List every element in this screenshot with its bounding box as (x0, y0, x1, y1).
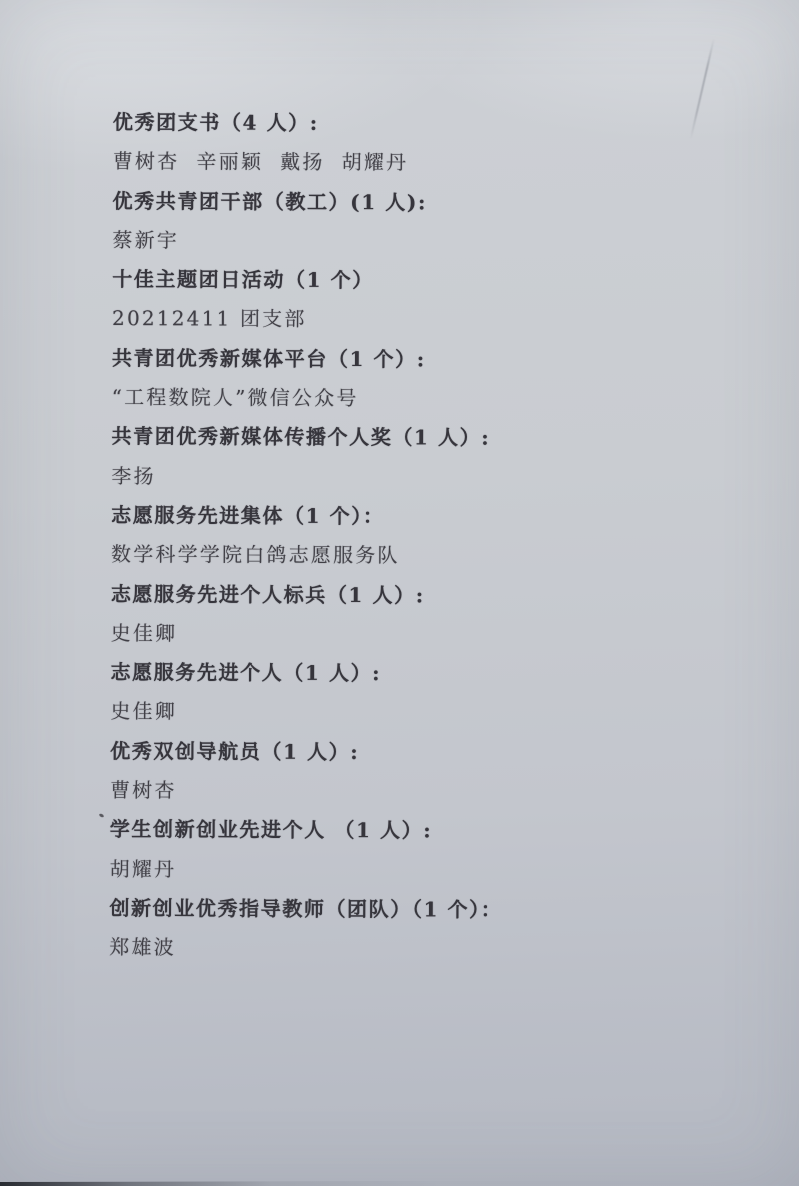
award-category-line: 优秀双创导航员（1 人）: (110, 732, 503, 773)
recipient-names-line: 数学科学学院白鸽志愿服务队 (111, 535, 504, 576)
award-category-line: 创新创业优秀指导教师（团队）（1 个）： (109, 889, 502, 930)
award-category-line: 志愿服务先进个人标兵（1 人）: (111, 575, 504, 616)
award-category-line: 优秀团支书（4 人）: (113, 103, 506, 144)
award-category-line: 共青团优秀新媒体平台（1 个）: (112, 339, 505, 380)
award-category-line: 志愿服务先进集体（1 个）： (111, 496, 504, 537)
award-category-line: 十佳主题团日活动（1 个） (112, 260, 505, 301)
ink-speck (99, 813, 105, 818)
recipient-names-line: 20212411 团支部 (112, 299, 505, 340)
recipient-names-line: 曹树杏 辛丽颖 戴扬 胡耀丹 (113, 142, 506, 183)
award-category-line: 共青团优秀新媒体传播个人奖（1 人）: (111, 417, 504, 458)
award-category-line: 学生创新创业先进个人 （1 人）: (110, 810, 503, 851)
paper-crease (690, 38, 715, 140)
award-category-line: 优秀共青团干部（教工）(1 人): (112, 182, 505, 223)
recipient-names-line: 胡耀丹 (110, 850, 503, 891)
recipient-names-line: 史佳卿 (111, 614, 504, 655)
paper-bottom-edge (0, 1180, 799, 1186)
recipient-names-line: 史佳卿 (110, 692, 503, 733)
award-list: 优秀团支书（4 人）: 曹树杏 辛丽颖 戴扬 胡耀丹 优秀共青团干部（教工）(1… (109, 103, 506, 969)
recipient-names-line: 郑雄波 (109, 928, 502, 969)
photographed-document: { "page": { "description": "Photograph o… (0, 0, 799, 1186)
recipient-names-line: 蔡新宇 (112, 221, 505, 262)
recipient-names-line: 李扬 (111, 457, 504, 498)
recipient-names-line: “工程数院人”微信公众号 (112, 378, 505, 419)
award-category-line: 志愿服务先进个人（1 人）: (110, 653, 503, 694)
recipient-names-line: 曹树杏 (110, 771, 503, 812)
